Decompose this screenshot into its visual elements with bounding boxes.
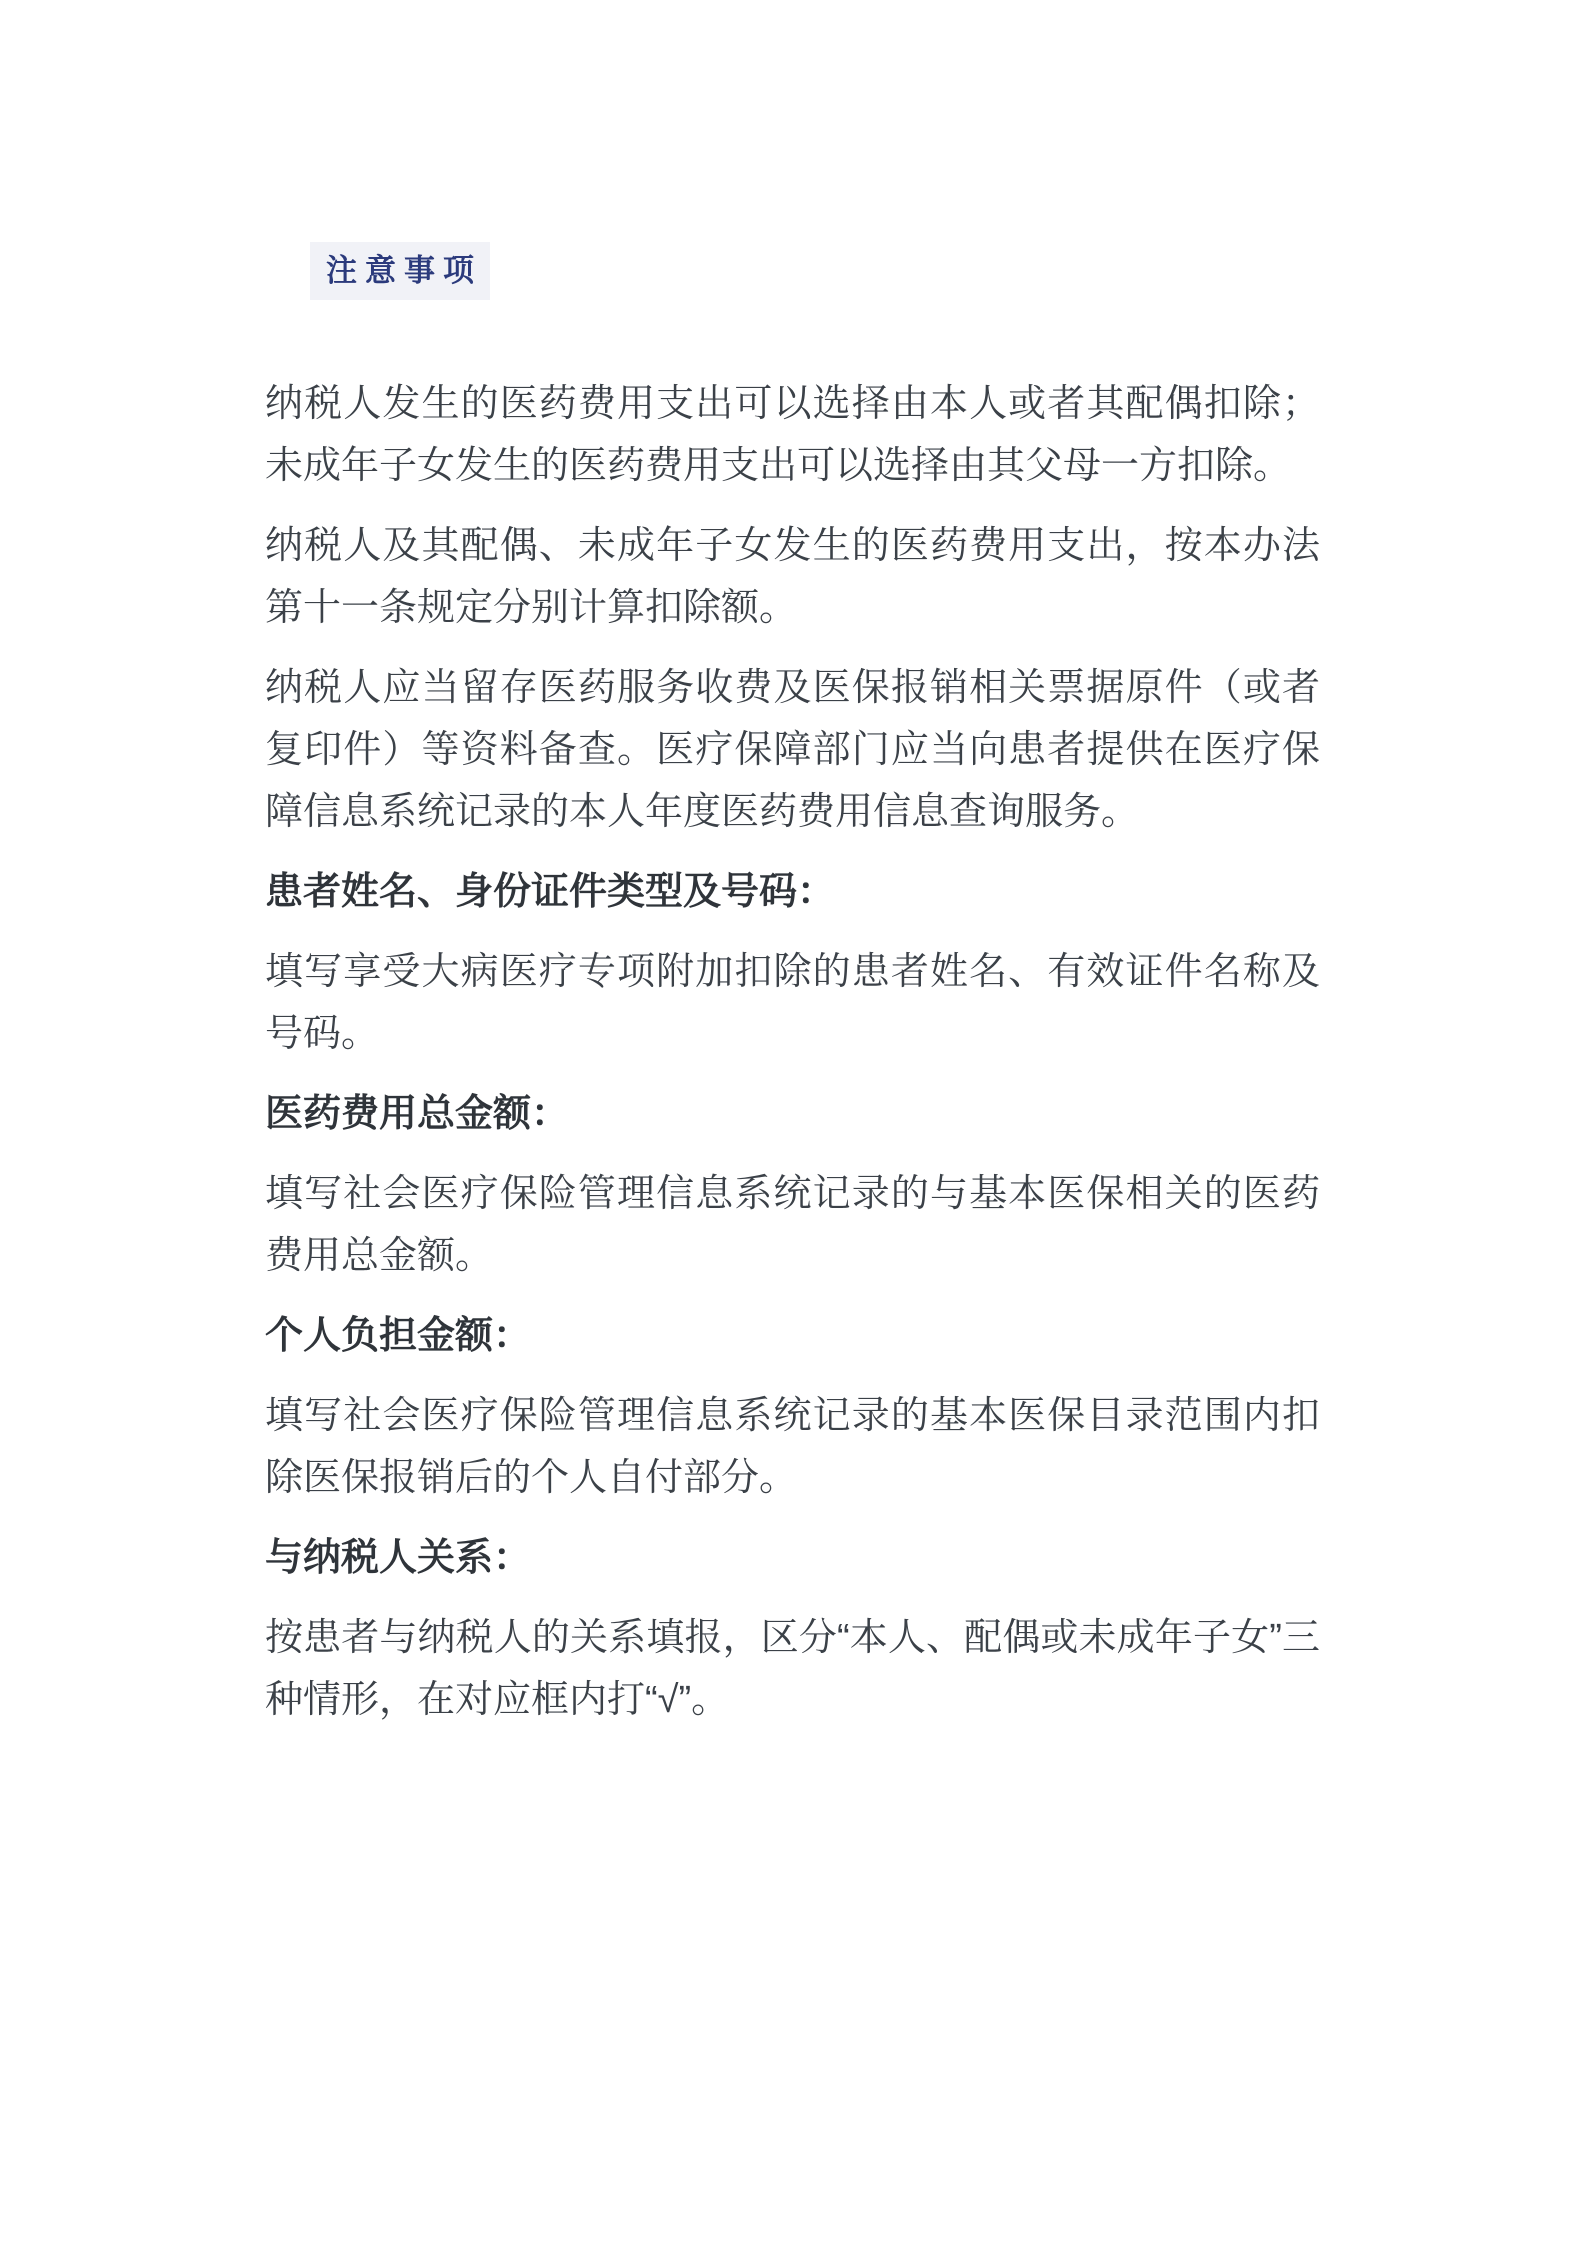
paragraph: 填写社会医疗保险管理信息系统记录的与基本医保相关的医药费用总金额。 — [265, 1163, 1320, 1287]
notice-badge: 注意事项 — [310, 242, 490, 300]
notes-section: 注意事项 纳税人发生的医药费用支出可以选择由本人或者其配偶扣除；未成年子女发生的… — [0, 0, 1587, 1731]
section-heading: 医药费用总金额： — [265, 1083, 1320, 1145]
section-heading: 与纳税人关系： — [265, 1527, 1320, 1589]
section-heading: 患者姓名、身份证件类型及号码： — [265, 861, 1320, 923]
section-heading: 个人负担金额： — [265, 1305, 1320, 1367]
paragraph: 填写享受大病医疗专项附加扣除的患者姓名、有效证件名称及号码。 — [265, 941, 1320, 1065]
paragraph: 纳税人应当留存医药服务收费及医保报销相关票据原件（或者复印件）等资料备查。医疗保… — [265, 657, 1320, 843]
paragraph: 纳税人及其配偶、未成年子女发生的医药费用支出，按本办法第十一条规定分别计算扣除额… — [265, 515, 1320, 639]
paragraph: 纳税人发生的医药费用支出可以选择由本人或者其配偶扣除；未成年子女发生的医药费用支… — [265, 373, 1320, 497]
badge-row: 注意事项 — [265, 242, 1320, 300]
paragraph: 填写社会医疗保险管理信息系统记录的基本医保目录范围内扣除医保报销后的个人自付部分… — [265, 1385, 1320, 1509]
document-page: 注意事项 纳税人发生的医药费用支出可以选择由本人或者其配偶扣除；未成年子女发生的… — [0, 0, 1587, 2245]
paragraph: 按患者与纳税人的关系填报，区分“本人、配偶或未成年子女”三种情形，在对应框内打“… — [265, 1607, 1320, 1731]
sections-container: 纳税人发生的医药费用支出可以选择由本人或者其配偶扣除；未成年子女发生的医药费用支… — [265, 373, 1320, 1731]
